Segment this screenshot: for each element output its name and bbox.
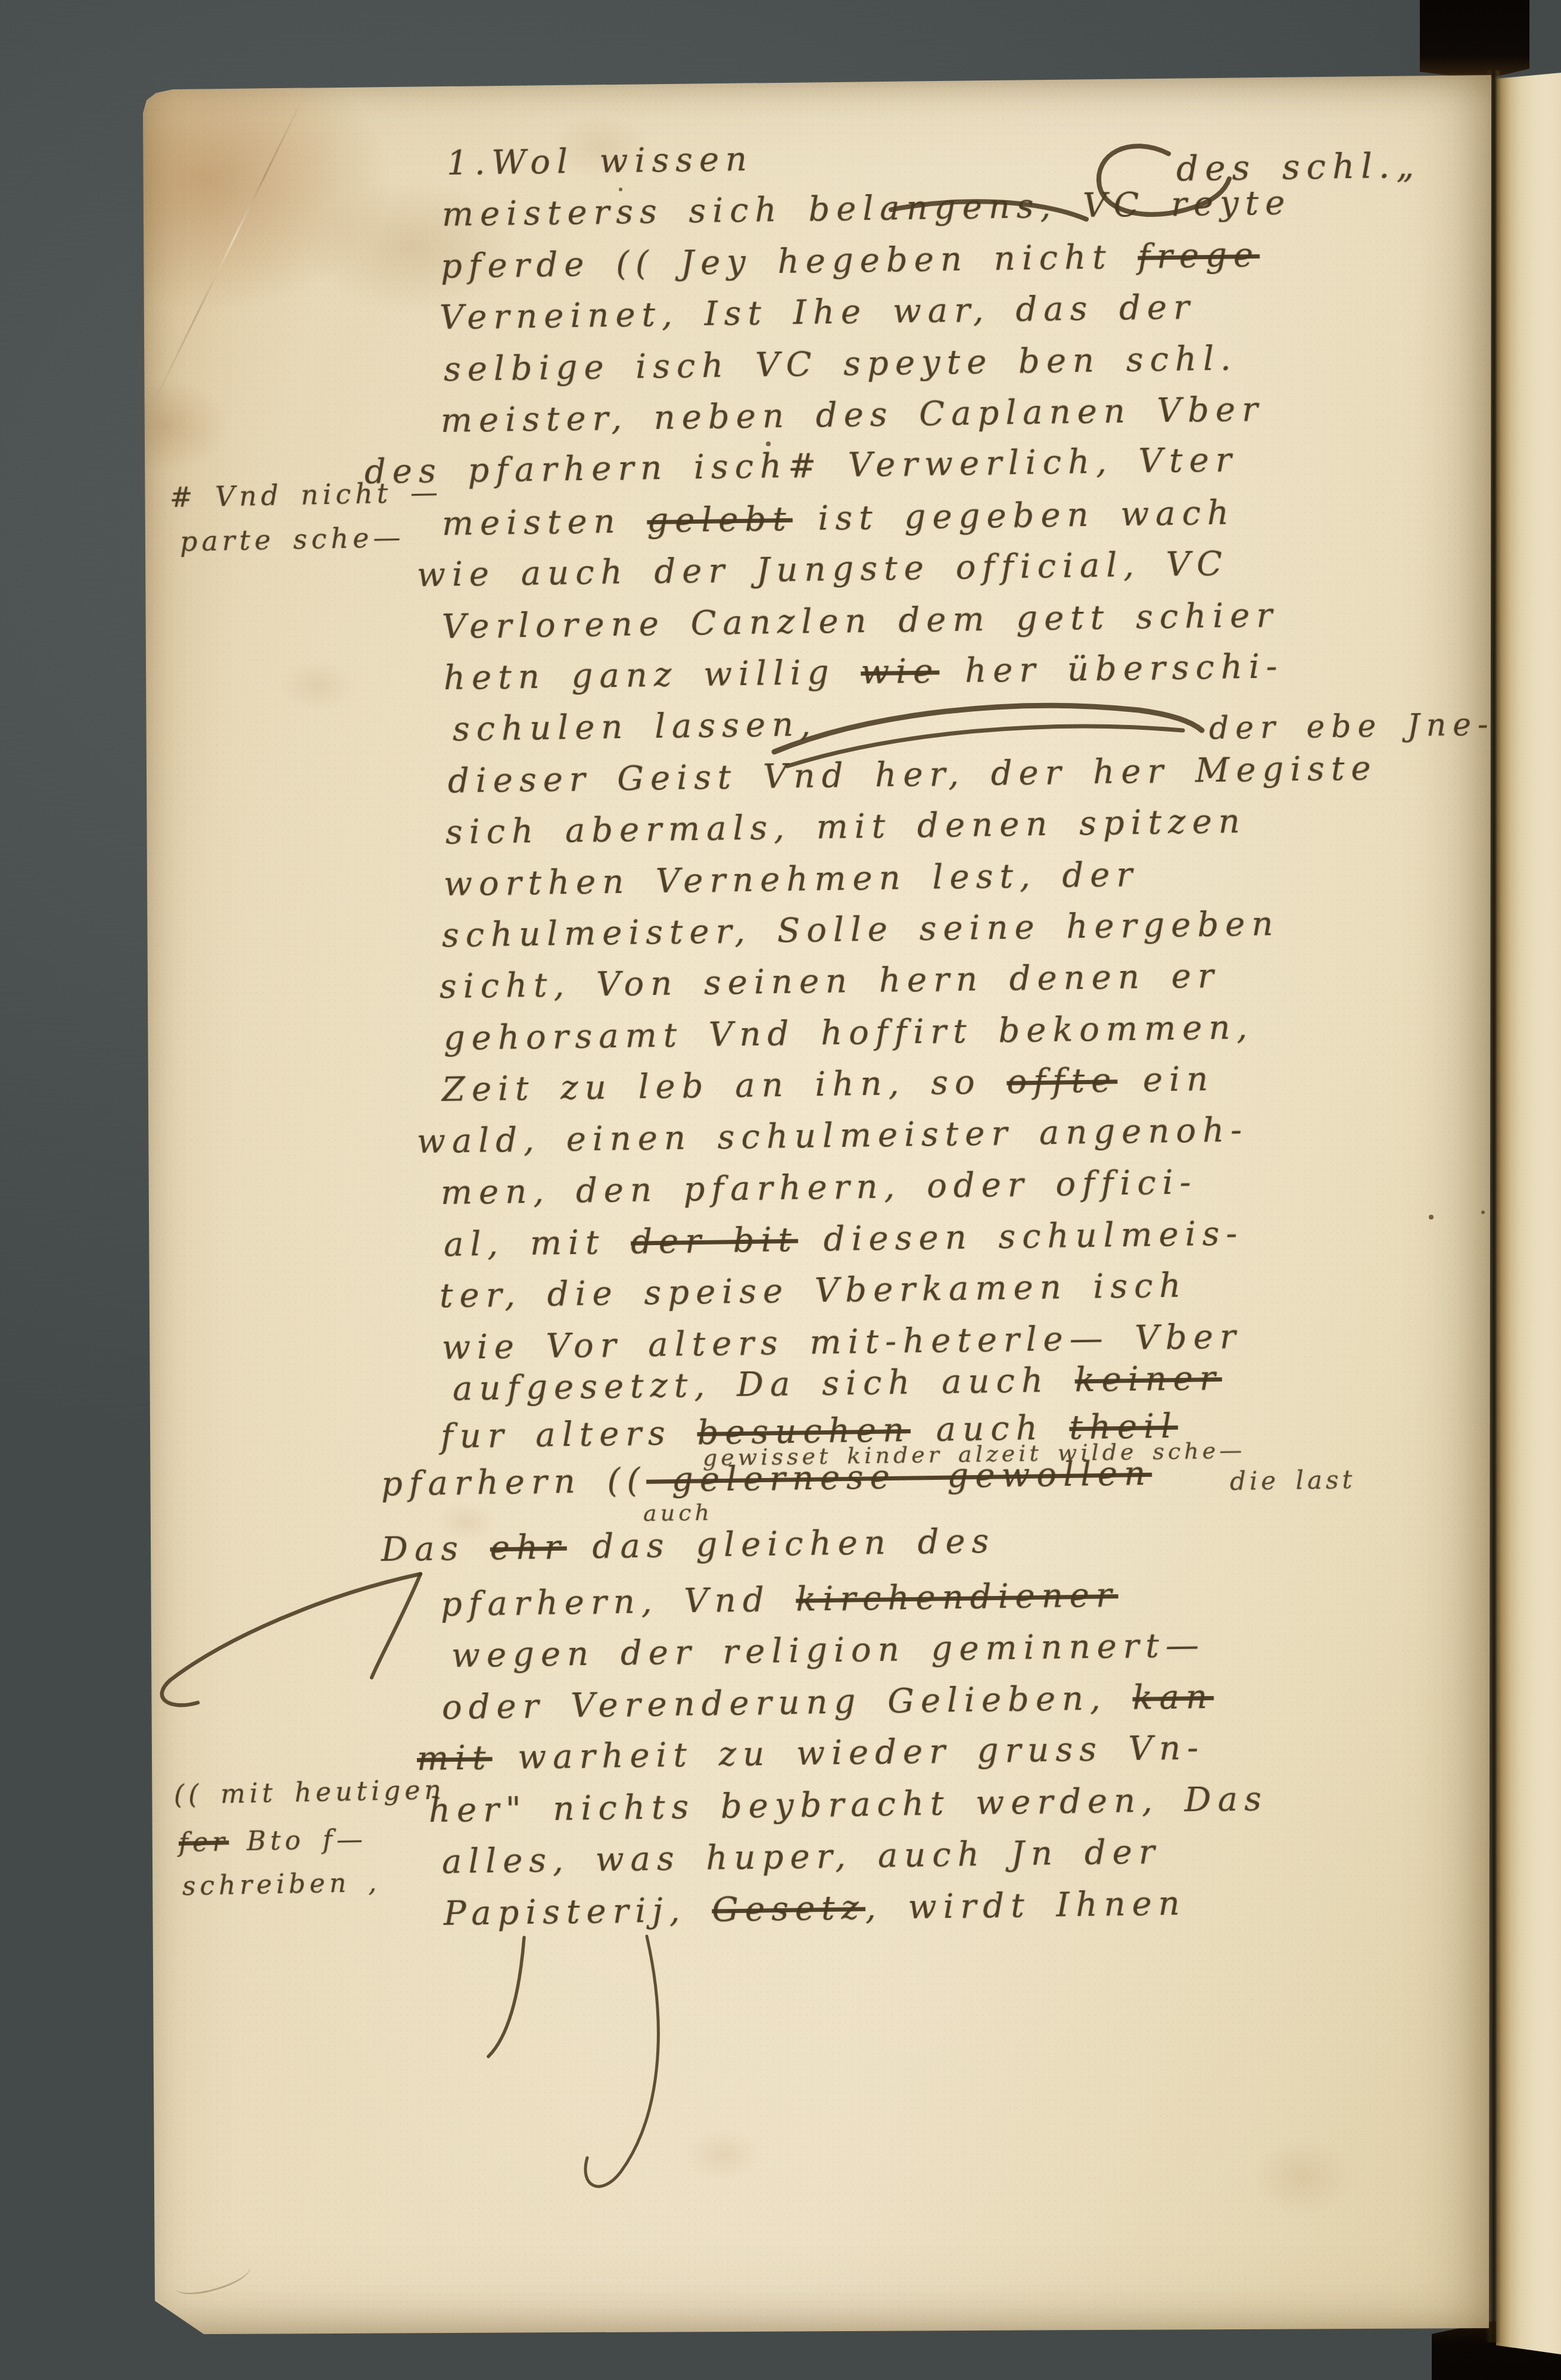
ink-flourish [891, 201, 1086, 219]
ink-speck [766, 441, 771, 446]
manuscript-scan: 1.Wol wissendes schl.„meisterss sich bel… [0, 0, 1561, 2380]
binding-cloth-top [1420, 0, 1529, 80]
ink-flourish-layer [0, 0, 1561, 2380]
ink-speck [1481, 1211, 1485, 1214]
facing-page-edge [1496, 73, 1561, 2354]
manuscript-page: 1.Wol wissendes schl.„meisterss sich bel… [142, 75, 1493, 2335]
ink-flourish [787, 726, 1183, 766]
ink-flourish [162, 1574, 420, 1705]
ink-flourish [1099, 146, 1229, 214]
ink-flourish [372, 1574, 420, 1678]
ink-flourish [585, 1936, 658, 2186]
ink-flourish [488, 1937, 524, 2057]
ink-speck [619, 188, 622, 191]
ink-speck [1429, 1215, 1434, 1219]
